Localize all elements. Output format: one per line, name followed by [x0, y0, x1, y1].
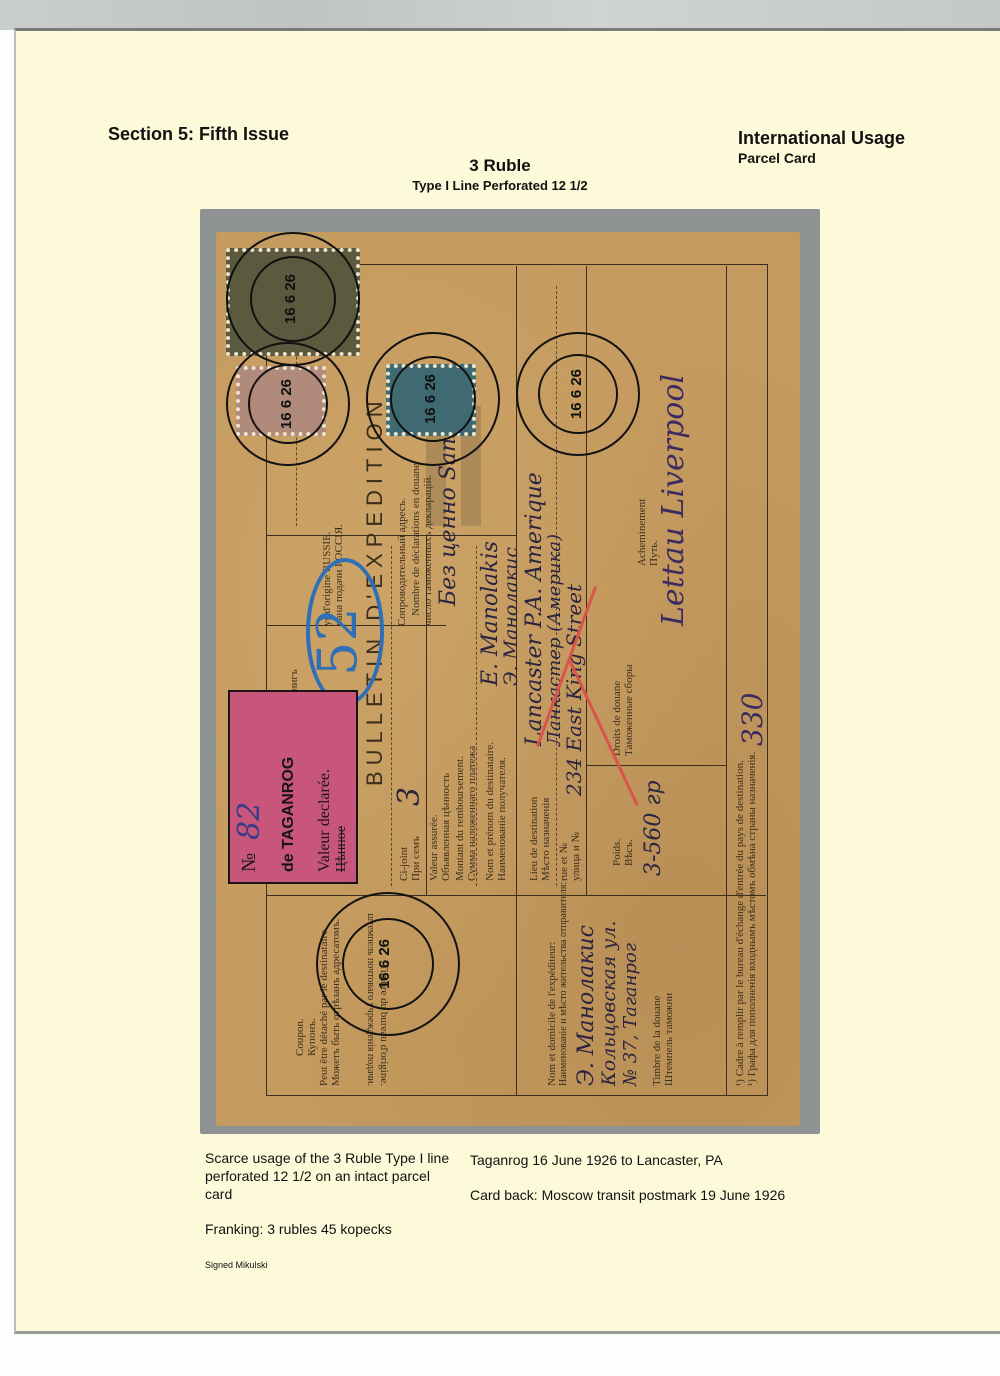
sender-number-handwriting: № 37, Таганрог	[620, 943, 641, 1086]
enclosed-label: Ci-joint	[398, 847, 410, 881]
insured-value-label: Valeur assurée.	[428, 814, 440, 881]
form-divider	[726, 266, 727, 1096]
destination-label-ru: Мѣсто назначенiя	[540, 798, 552, 881]
customs-stamp-label-ru: Штемпель таможни	[663, 993, 675, 1086]
footnote-ru: ¹) Графа для пополненiя входнымъ мѣстомъ…	[746, 752, 758, 1086]
label-origin: de TAGANROG	[280, 757, 298, 872]
declarations-label-ru: число таможенныхъ декларацiй.	[422, 475, 434, 626]
value-declared-label: № 82 de TAGANROG Valeur declarée. Цѣнное	[228, 690, 358, 884]
destination-label: Lieu de destination	[528, 797, 540, 881]
sender-street-handwriting: Кольцовская ул.	[598, 921, 620, 1086]
label-number-prefix: №	[238, 853, 261, 872]
footnote-handwriting: 330	[736, 693, 769, 746]
recipient-ru-handwriting: Э. Манолакис	[500, 547, 522, 686]
routing-label: Acheminement	[636, 499, 648, 566]
cod-label: Montant du remboursement.	[454, 756, 466, 881]
form-divider	[266, 535, 516, 536]
declarations-label: Nombre de déclarations en douane	[410, 463, 422, 616]
insured-value-label-ru: Объявленная цѣнность	[440, 773, 452, 881]
sender-label: Nom et domicile de l'expéditeur:	[546, 942, 558, 1086]
street-label: rue et №	[558, 843, 570, 881]
coupon-label: Coupon.	[294, 1018, 306, 1056]
franking-caption: Franking: 3 rubles 45 kopecks	[205, 1220, 392, 1238]
category-heading: International Usage	[738, 128, 905, 149]
sender-handwriting: Э. Манолакис	[574, 925, 599, 1086]
duties-label: Droits de douane	[611, 681, 623, 756]
recipient-label-ru: Наименованiе получателя.	[496, 757, 508, 881]
taganrog-origin-postmark: 16 6 26	[316, 892, 460, 1036]
enclosed-handwriting: 3	[392, 787, 427, 806]
cod-label-ru: Сумма наложеннаго платежа	[466, 746, 478, 881]
label-number: 82	[232, 802, 267, 840]
routing-handwriting: Lettau Liverpool	[656, 374, 691, 626]
customs-stamp-label: Timbre de la douane	[651, 996, 663, 1086]
section-heading: Section 5: Fifth Issue	[108, 124, 289, 145]
taganrog-postmark: 16 6 26	[226, 342, 350, 466]
parcel-card-face: BULLETIN D'EXPEDITION Coupon. Купонъ. Pe…	[216, 232, 800, 1126]
coupon-label-ru: Купонъ.	[306, 1018, 318, 1056]
taganrog-postmark: 16 6 26	[366, 332, 500, 466]
card-back-caption: Card back: Moscow transit postmark 19 Ju…	[470, 1186, 785, 1204]
street-label-ru: улица и №	[570, 832, 582, 881]
form-divider	[586, 765, 726, 766]
weight-handwriting: 3-560 гр	[641, 780, 666, 876]
label-value-declared: Valeur declarée.	[316, 769, 334, 872]
accompanying-label: Сопроводительный адресъ.	[396, 498, 408, 626]
page-subtitle: Type I Line Perforated 12 1/2	[0, 178, 1000, 193]
blue-crayon-number: 52	[306, 607, 369, 676]
description-caption: Scarce usage of the 3 Ruble Type I line …	[205, 1149, 455, 1203]
taganrog-postmark: 16 6 26	[516, 332, 640, 456]
sender-label-ru: Наименованiе и мѣсто жительства отправит…	[558, 882, 570, 1086]
weight-label-ru: Вѣсъ.	[623, 839, 635, 866]
recipient-label: Nom et prénom du destinataire.	[484, 742, 496, 881]
enclosed-label-ru: При семъ	[410, 836, 422, 881]
signed-caption: Signed Mikulski	[205, 1256, 268, 1274]
scan-edge	[0, 0, 1000, 30]
weight-label: Poids.	[611, 839, 623, 866]
label-value-ru: Цѣнное	[334, 826, 350, 872]
footnote: ¹) Cadre à remplir par le bureau d'échan…	[734, 760, 746, 1086]
parcel-card: BULLETIN D'EXPEDITION Coupon. Купонъ. Pe…	[216, 232, 800, 1126]
route-caption: Taganrog 16 June 1926 to Lancaster, PA	[470, 1151, 723, 1169]
duties-label-ru: Таможенные сборы	[623, 664, 635, 756]
dotted-line	[391, 546, 392, 886]
page-title: 3 Ruble	[0, 156, 1000, 176]
